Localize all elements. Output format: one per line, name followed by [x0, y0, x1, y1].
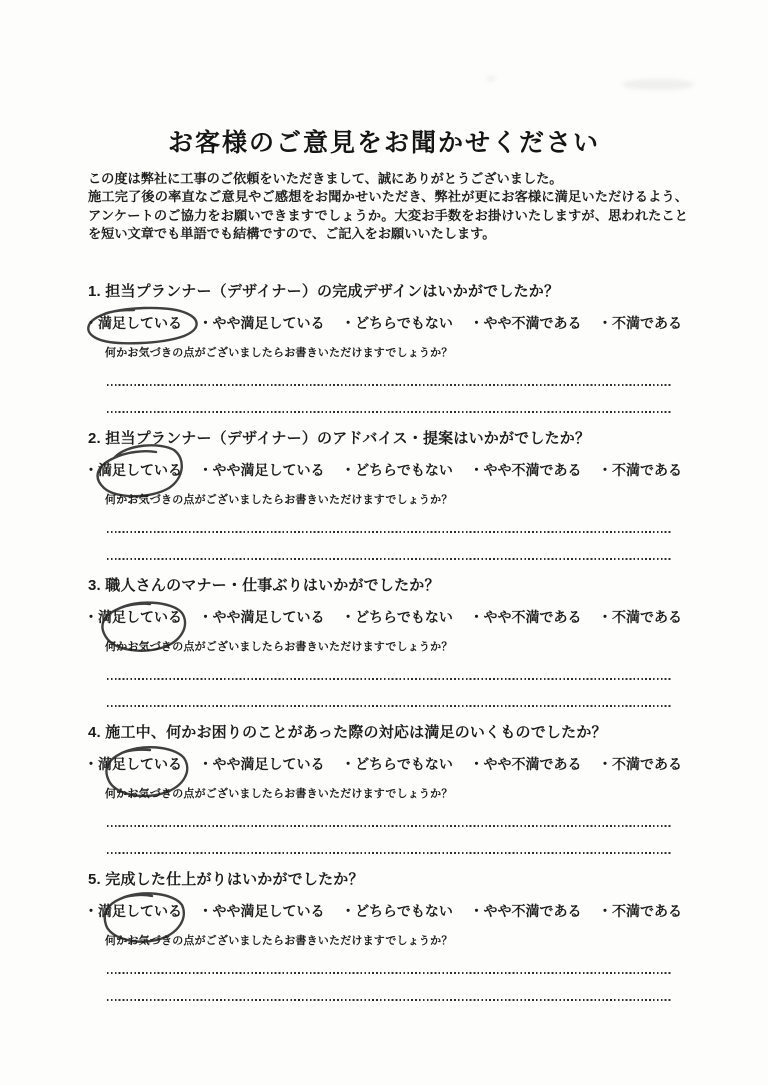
option-somewhat-satisfied: ・やや満足している: [199, 754, 325, 774]
note-prompt: 何かお気づきの点がございましたらお書きいただけますでしょうか？: [105, 344, 453, 360]
option-bullet: ・: [469, 609, 483, 625]
options-row: ・満足している ・やや満足している ・どちらでもない ・やや不満である ・不満で…: [84, 313, 682, 333]
option-label: どちらでもない: [355, 315, 453, 331]
option-label: どちらでもない: [355, 756, 453, 772]
option-bullet: ・: [341, 462, 355, 478]
option-bullet: ・: [199, 462, 213, 478]
option-neutral: ・どちらでもない: [341, 313, 453, 333]
question-block-2: 2. 担当プランナー（デザイナー）のアドバイス・提案はいかがでしたか？ ・満足し…: [84, 427, 690, 567]
question-title: 4. 施工中、何かお困りのことがあった際の対応は満足のいくものでしたか？: [88, 721, 607, 742]
option-dissatisfied: ・不満である: [598, 901, 682, 921]
option-bullet: ・: [598, 756, 612, 772]
option-bullet: ・: [341, 315, 355, 331]
option-dissatisfied: ・不満である: [598, 607, 682, 627]
option-bullet: ・: [469, 756, 483, 772]
option-somewhat-satisfied: ・やや満足している: [199, 313, 325, 333]
option-label: やや満足している: [213, 462, 325, 478]
option-label: どちらでもない: [355, 462, 453, 478]
options-row: ・満足している ・やや満足している ・どちらでもない ・やや不満である ・不満で…: [84, 901, 682, 921]
note-prompt: 何かお気づきの点がございましたらお書きいただけますでしょうか？: [105, 638, 453, 654]
option-label: やや不満である: [483, 315, 581, 331]
option-bullet: ・: [199, 903, 213, 919]
form-title: お客様のご意見をお聞かせください: [0, 123, 768, 159]
option-label: やや満足している: [213, 903, 325, 919]
answer-line-2: [107, 999, 671, 1001]
option-label: やや満足している: [213, 315, 325, 331]
option-satisfied: ・満足している: [84, 313, 182, 333]
option-neutral: ・どちらでもない: [341, 607, 453, 627]
option-bullet: ・: [84, 462, 98, 478]
scanned-questionnaire-page: お客様のご意見をお聞かせください この度は弊社に工事のご依頼をいただきまして、誠…: [0, 0, 768, 1086]
option-bullet: ・: [469, 462, 483, 478]
note-prompt: 何かお気づきの点がございましたらお書きいただけますでしょうか？: [105, 785, 453, 801]
option-somewhat-dissatisfied: ・やや不満である: [469, 754, 581, 774]
question-block-5: 5. 完成した仕上がりはいかがでしたか？ ・満足している ・やや満足している ・…: [84, 868, 690, 1008]
option-somewhat-satisfied: ・やや満足している: [199, 607, 325, 627]
options-row: ・満足している ・やや満足している ・どちらでもない ・やや不満である ・不満で…: [84, 607, 682, 627]
option-bullet: ・: [199, 756, 213, 772]
option-somewhat-dissatisfied: ・やや不満である: [469, 607, 581, 627]
option-bullet: ・: [84, 609, 98, 625]
question-title: 2. 担当プランナー（デザイナー）のアドバイス・提案はいかがでしたか？: [88, 427, 590, 448]
question-title: 5. 完成した仕上がりはいかがでしたか？: [88, 868, 364, 889]
option-label: やや不満である: [483, 462, 581, 478]
option-label: 満足している: [98, 903, 182, 919]
option-bullet: ・: [341, 756, 355, 772]
option-bullet: ・: [598, 903, 612, 919]
option-bullet: ・: [598, 315, 612, 331]
option-satisfied: ・満足している: [84, 754, 182, 774]
answer-line-1: [107, 531, 671, 533]
scan-smudge: [622, 79, 694, 90]
answer-line-1: [107, 678, 671, 680]
option-somewhat-satisfied: ・やや満足している: [199, 901, 325, 921]
option-dissatisfied: ・不満である: [598, 313, 682, 333]
option-neutral: ・どちらでもない: [341, 754, 453, 774]
option-somewhat-dissatisfied: ・やや不満である: [469, 460, 581, 480]
option-label: どちらでもない: [355, 903, 453, 919]
answer-line-2: [107, 852, 671, 854]
question-block-4: 4. 施工中、何かお困りのことがあった際の対応は満足のいくものでしたか？ ・満足…: [84, 721, 690, 861]
options-row: ・満足している ・やや満足している ・どちらでもない ・やや不満である ・不満で…: [84, 754, 682, 774]
option-bullet: ・: [598, 462, 612, 478]
options-row: ・満足している ・やや満足している ・どちらでもない ・やや不満である ・不満で…: [84, 460, 682, 480]
option-label: 不満である: [612, 315, 682, 331]
option-label: どちらでもない: [355, 609, 453, 625]
option-label: やや不満である: [483, 609, 581, 625]
note-prompt: 何かお気づきの点がございましたらお書きいただけますでしょうか？: [105, 932, 453, 948]
option-bullet: ・: [199, 315, 213, 331]
option-dissatisfied: ・不満である: [598, 754, 682, 774]
note-prompt: 何かお気づきの点がございましたらお書きいただけますでしょうか？: [105, 491, 453, 507]
option-bullet: ・: [199, 609, 213, 625]
option-bullet: ・: [598, 609, 612, 625]
option-label: 満足している: [98, 462, 182, 478]
option-bullet: ・: [84, 903, 98, 919]
option-somewhat-satisfied: ・やや満足している: [199, 460, 325, 480]
option-label: 満足している: [98, 609, 182, 625]
option-label: 不満である: [612, 609, 682, 625]
option-bullet: ・: [469, 315, 483, 331]
option-label: やや満足している: [213, 609, 325, 625]
question-title: 1. 担当プランナー（デザイナー）の完成デザインはいかがでしたか？: [88, 280, 559, 301]
option-label: 不満である: [612, 903, 682, 919]
question-block-1: 1. 担当プランナー（デザイナー）の完成デザインはいかがでしたか？ ・満足してい…: [84, 280, 690, 420]
option-dissatisfied: ・不満である: [598, 460, 682, 480]
option-label: 不満である: [612, 462, 682, 478]
answer-line-2: [107, 705, 671, 707]
option-label: 満足している: [98, 756, 182, 772]
answer-line-2: [107, 558, 671, 560]
option-label: やや不満である: [483, 756, 581, 772]
option-label: やや満足している: [213, 756, 325, 772]
option-bullet: ・: [84, 756, 98, 772]
option-bullet: ・: [469, 903, 483, 919]
answer-line-1: [107, 825, 671, 827]
option-neutral: ・どちらでもない: [341, 460, 453, 480]
option-satisfied: ・満足している: [84, 901, 182, 921]
answer-line-2: [107, 411, 671, 413]
question-block-3: 3. 職人さんのマナー・仕事ぶりはいかがでしたか？ ・満足している ・やや満足し…: [84, 574, 690, 714]
option-bullet: ・: [341, 903, 355, 919]
scan-smudge: [486, 76, 496, 81]
answer-line-1: [107, 384, 671, 386]
option-satisfied: ・満足している: [84, 460, 182, 480]
option-label: やや不満である: [483, 903, 581, 919]
option-neutral: ・どちらでもない: [341, 901, 453, 921]
option-somewhat-dissatisfied: ・やや不満である: [469, 901, 581, 921]
option-label: 不満である: [612, 756, 682, 772]
option-bullet: ・: [84, 315, 98, 331]
option-label: 満足している: [98, 315, 182, 331]
intro-paragraph: この度は弊社に工事のご依頼をいただきまして、誠にありがとうございました。 施工完…: [88, 170, 688, 243]
option-satisfied: ・満足している: [84, 607, 182, 627]
answer-line-1: [107, 972, 671, 974]
option-somewhat-dissatisfied: ・やや不満である: [469, 313, 581, 333]
question-title: 3. 職人さんのマナー・仕事ぶりはいかがでしたか？: [88, 574, 440, 595]
option-bullet: ・: [341, 609, 355, 625]
